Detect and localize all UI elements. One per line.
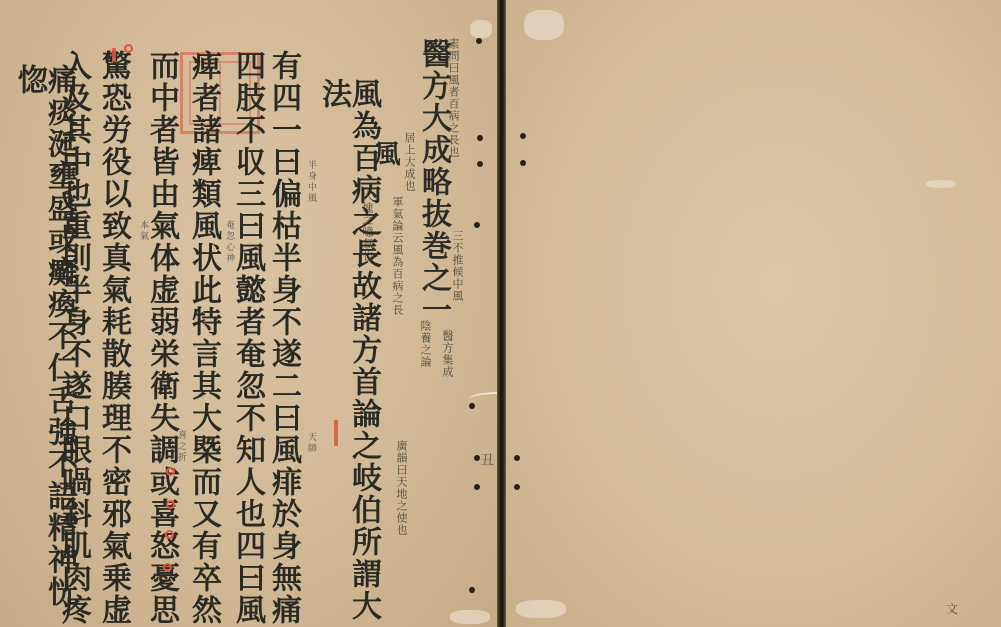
paper-stain bbox=[516, 600, 566, 618]
book-spine bbox=[497, 0, 506, 627]
commentary-line: 陰養之論 bbox=[420, 320, 431, 368]
red-circle-mark bbox=[166, 500, 175, 509]
interlinear-gloss: 半身中風 bbox=[306, 160, 315, 204]
binding-hole bbox=[520, 160, 526, 166]
binding-hole bbox=[474, 222, 480, 228]
title-annotation-lower: 三不推候中風 bbox=[452, 230, 463, 302]
commentary-line: 廣韻曰天地之使也 bbox=[396, 440, 407, 536]
main-text-column: 驚恐労役以致真氣耗散腠理不密邪氣乗虚 bbox=[98, 50, 128, 626]
section-subnote: 居上大成也 bbox=[404, 132, 415, 192]
left-page: 醫方大成略抜巻之一 素問曰風者百病之長也 三不推候中風 醫方集成 風 居上大成也… bbox=[0, 0, 497, 627]
interlinear-gloss: 喜之折 bbox=[176, 430, 185, 463]
page-number-mark: 丑 bbox=[480, 450, 494, 470]
binding-hole bbox=[514, 484, 520, 490]
main-text-column: 有四一曰偏枯半身不遂二曰風痱於身無痛 bbox=[268, 50, 298, 626]
book-title: 醫方大成略抜巻之一 bbox=[418, 38, 448, 326]
commentary-line: 軍氣論云風為百病之長 bbox=[392, 196, 403, 316]
red-emphasis-mark bbox=[334, 420, 338, 446]
binding-hole bbox=[474, 484, 480, 490]
paper-stain bbox=[470, 20, 492, 38]
binding-hole bbox=[520, 133, 526, 139]
paper-stain bbox=[450, 610, 490, 624]
red-circle-mark bbox=[163, 563, 172, 572]
red-circle-mark bbox=[166, 467, 175, 476]
title-annotation: 素問曰風者百病之長也 bbox=[448, 38, 459, 158]
red-circle-mark bbox=[124, 44, 133, 53]
interlinear-gloss: 奄忽心神 bbox=[224, 220, 233, 264]
corner-mark: 文 bbox=[946, 600, 958, 617]
chapter-reference: 醫方集成 bbox=[442, 330, 453, 378]
main-text-column: 四肢不収三曰風懿者奄忽不知人也四曰風 bbox=[232, 50, 262, 626]
main-text-column: 風為百病之長故諸方首論之岐伯所謂大法 bbox=[318, 78, 378, 627]
red-emphasis-mark bbox=[112, 48, 116, 62]
binding-hole bbox=[477, 135, 483, 141]
paper-stain bbox=[524, 10, 564, 40]
binding-hole bbox=[477, 161, 483, 167]
right-page: 文 bbox=[506, 0, 1001, 627]
binding-hole bbox=[469, 587, 475, 593]
main-text-column: 痺者諸痺類風状此特言其大槩而又有卒然 bbox=[188, 50, 218, 626]
binding-hole bbox=[476, 38, 482, 44]
red-circle-mark bbox=[165, 530, 174, 539]
binding-hole bbox=[514, 455, 520, 461]
main-text-column: 而中者皆由氣体虚弱栄衛失調或喜怒憂思 bbox=[146, 50, 176, 626]
interlinear-gloss: 本氣 bbox=[138, 220, 147, 242]
main-text-column: 痛痰涎壅盛或癱瘓不仁舌強不語精神恍惚 bbox=[14, 64, 74, 627]
interlinear-gloss: 天師 bbox=[306, 432, 315, 454]
paper-stain bbox=[926, 180, 956, 188]
